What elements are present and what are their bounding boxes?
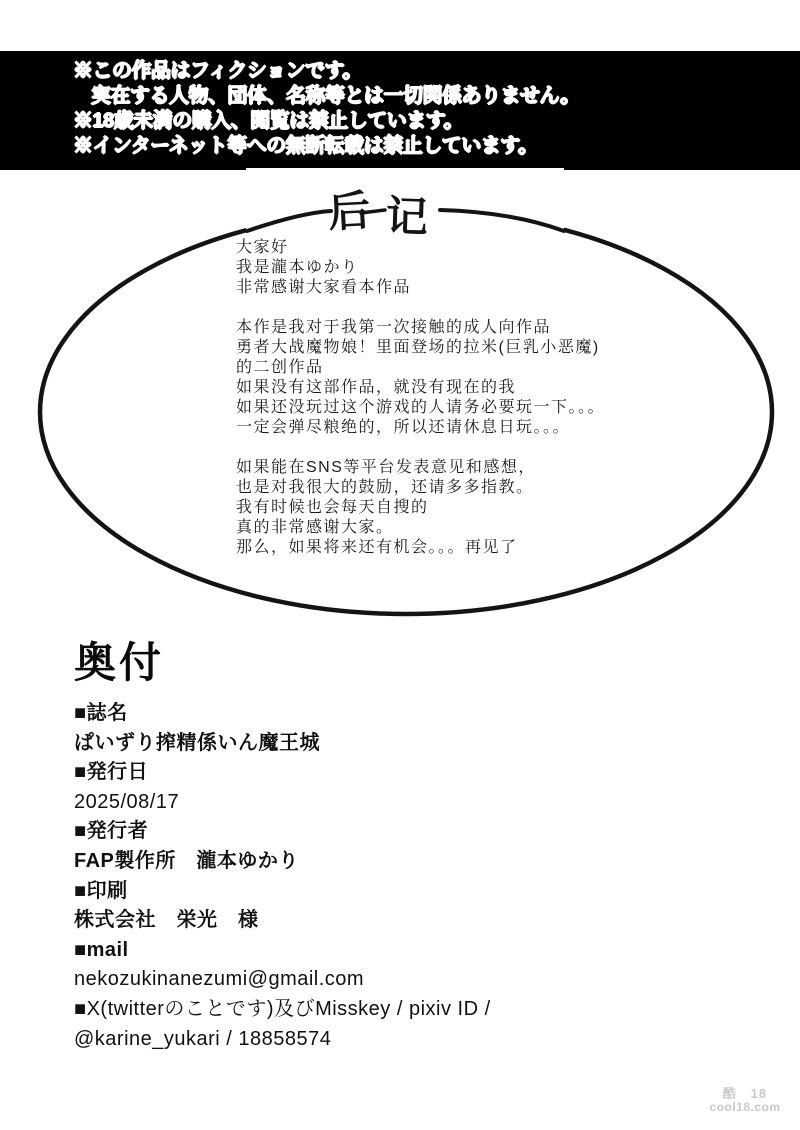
- afterword-title-left-char: 后: [327, 187, 371, 236]
- colophon-value: 株式会社 栄光 様: [74, 906, 714, 936]
- watermark-url: cool18.com: [700, 1101, 790, 1114]
- page: ※この作品はフィクションです。 実在する人物、団体、名称等とは一切関係ありません…: [0, 0, 800, 1130]
- colophon-label: ■誌名: [74, 699, 714, 729]
- colophon-value: nekozukinanezumi@gmail.com: [74, 965, 714, 995]
- colophon-title: 奥付: [74, 630, 164, 690]
- colophon-value: FAP製作所 瀧本ゆかり: [74, 847, 714, 877]
- afterword-body: 大家好 我是瀧本ゆかり 非常感谢大家看本作品 本作是我对于我第一次接触的成人向作…: [236, 238, 656, 558]
- colophon-value: @karine_yukari / 18858574: [74, 1025, 714, 1055]
- watermark: 酷 18 cool18.com: [700, 1087, 790, 1114]
- colophon-label: ■mail: [74, 936, 714, 966]
- afterword-title-right-char: 记: [385, 192, 429, 240]
- colophon-value: 2025/08/17: [74, 788, 714, 818]
- watermark-logo: 酷 18: [700, 1087, 790, 1101]
- colophon-label: ■X(twitterのことです)及びMisskey / pixiv ID /: [74, 995, 714, 1025]
- colophon-label: ■印刷: [74, 877, 714, 907]
- colophon-label: ■発行者: [74, 817, 714, 847]
- colophon: ■誌名 ぱいずり搾精係いん魔王城 ■発行日 2025/08/17 ■発行者 FA…: [74, 699, 714, 1054]
- colophon-value: ぱいずり搾精係いん魔王城: [74, 729, 714, 759]
- colophon-label: ■発行日: [74, 758, 714, 788]
